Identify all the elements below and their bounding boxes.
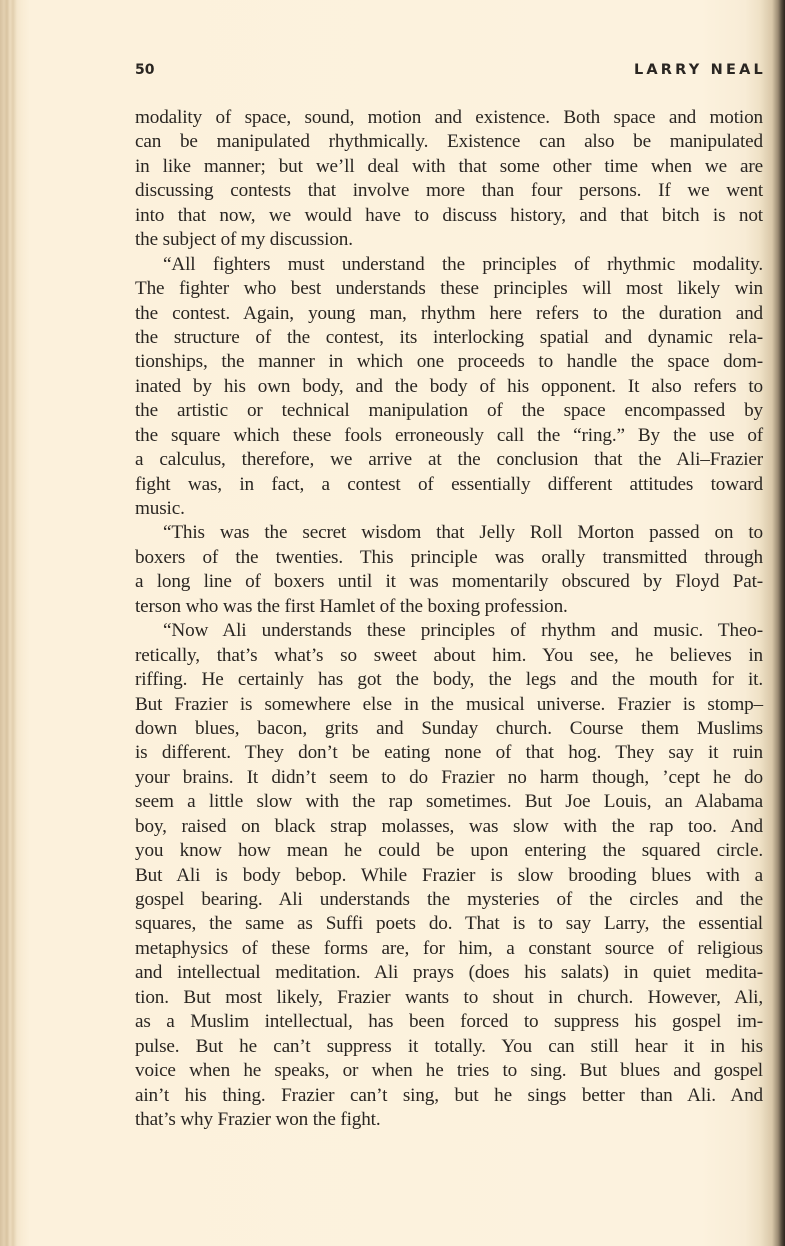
- text-line: riffing. He certainly has got the body, …: [135, 668, 763, 692]
- text-line: that’s why Frazier won the fight.: [135, 1108, 763, 1132]
- text-line: your brains. It didn’t seem to do Frazie…: [135, 766, 763, 790]
- text-line: gospel bearing. Ali understands the myst…: [135, 888, 763, 912]
- running-head-author: LARRY NEAL: [634, 62, 766, 78]
- text-line: tionships, the manner in which one proce…: [135, 350, 763, 374]
- paragraph-4: “Now Ali understands these principles of…: [135, 619, 763, 1132]
- text-line: can be manipulated rhythmically. Existen…: [135, 130, 763, 154]
- text-line: the square which these fools erroneously…: [135, 424, 763, 448]
- text-line: But Ali is body bebop. While Frazier is …: [135, 864, 763, 888]
- paragraph-2: “All fighters must understand the princi…: [135, 253, 763, 522]
- text-line: the structure of the contest, its interl…: [135, 326, 763, 350]
- text-line: is different. They don’t be eating none …: [135, 741, 763, 765]
- paragraph-1: modality of space, sound, motion and exi…: [135, 106, 763, 253]
- text-line: in like manner; but we’ll deal with that…: [135, 155, 763, 179]
- text-line: tion. But most likely, Frazier wants to …: [135, 986, 763, 1010]
- page-header: 50 LARRY NEAL: [135, 62, 763, 84]
- text-line: “All fighters must understand the princi…: [135, 253, 763, 277]
- text-line: modality of space, sound, motion and exi…: [135, 106, 763, 130]
- book-page: 50 LARRY NEAL modality of space, sound, …: [0, 0, 785, 1246]
- text-line: ain’t his thing. Frazier can’t sing, but…: [135, 1084, 763, 1108]
- text-line: seem a little slow with the rap sometime…: [135, 790, 763, 814]
- text-line: music.: [135, 497, 763, 521]
- paragraph-3: “This was the secret wisdom that Jelly R…: [135, 521, 763, 619]
- text-line: fight was, in fact, a contest of essenti…: [135, 473, 763, 497]
- text-line: discussing contests that involve more th…: [135, 179, 763, 203]
- text-line: metaphysics of these forms are, for him,…: [135, 937, 763, 961]
- text-line: as a Muslim intellectual, has been force…: [135, 1010, 763, 1034]
- text-line: boy, raised on black strap molasses, was…: [135, 815, 763, 839]
- text-line: down blues, bacon, grits and Sunday chur…: [135, 717, 763, 741]
- text-line: you know how mean he could be upon enter…: [135, 839, 763, 863]
- text-line: But Frazier is somewhere else in the mus…: [135, 693, 763, 717]
- text-line: a long line of boxers until it was momen…: [135, 570, 763, 594]
- text-line: the artistic or technical manipulation o…: [135, 399, 763, 423]
- text-line: the subject of my discussion.: [135, 228, 763, 252]
- text-line: “This was the secret wisdom that Jelly R…: [135, 521, 763, 545]
- text-line: into that now, we would have to discuss …: [135, 204, 763, 228]
- text-line: the contest. Again, young man, rhythm he…: [135, 302, 763, 326]
- text-line: “Now Ali understands these principles of…: [135, 619, 763, 643]
- text-line: voice when he speaks, or when he tries t…: [135, 1059, 763, 1083]
- text-line: inated by his own body, and the body of …: [135, 375, 763, 399]
- text-line: terson who was the first Hamlet of the b…: [135, 595, 763, 619]
- text-line: retically, that’s what’s so sweet about …: [135, 644, 763, 668]
- text-line: pulse. But he can’t suppress it totally.…: [135, 1035, 763, 1059]
- text-line: a calculus, therefore, we arrive at the …: [135, 448, 763, 472]
- text-line: The fighter who best understands these p…: [135, 277, 763, 301]
- text-line: squares, the same as Suffi poets do. Tha…: [135, 912, 763, 936]
- text-line: boxers of the twenties. This principle w…: [135, 546, 763, 570]
- text-line: and intellectual meditation. Ali prays (…: [135, 961, 763, 985]
- body-text: modality of space, sound, motion and exi…: [135, 106, 763, 1132]
- page-number: 50: [135, 62, 154, 78]
